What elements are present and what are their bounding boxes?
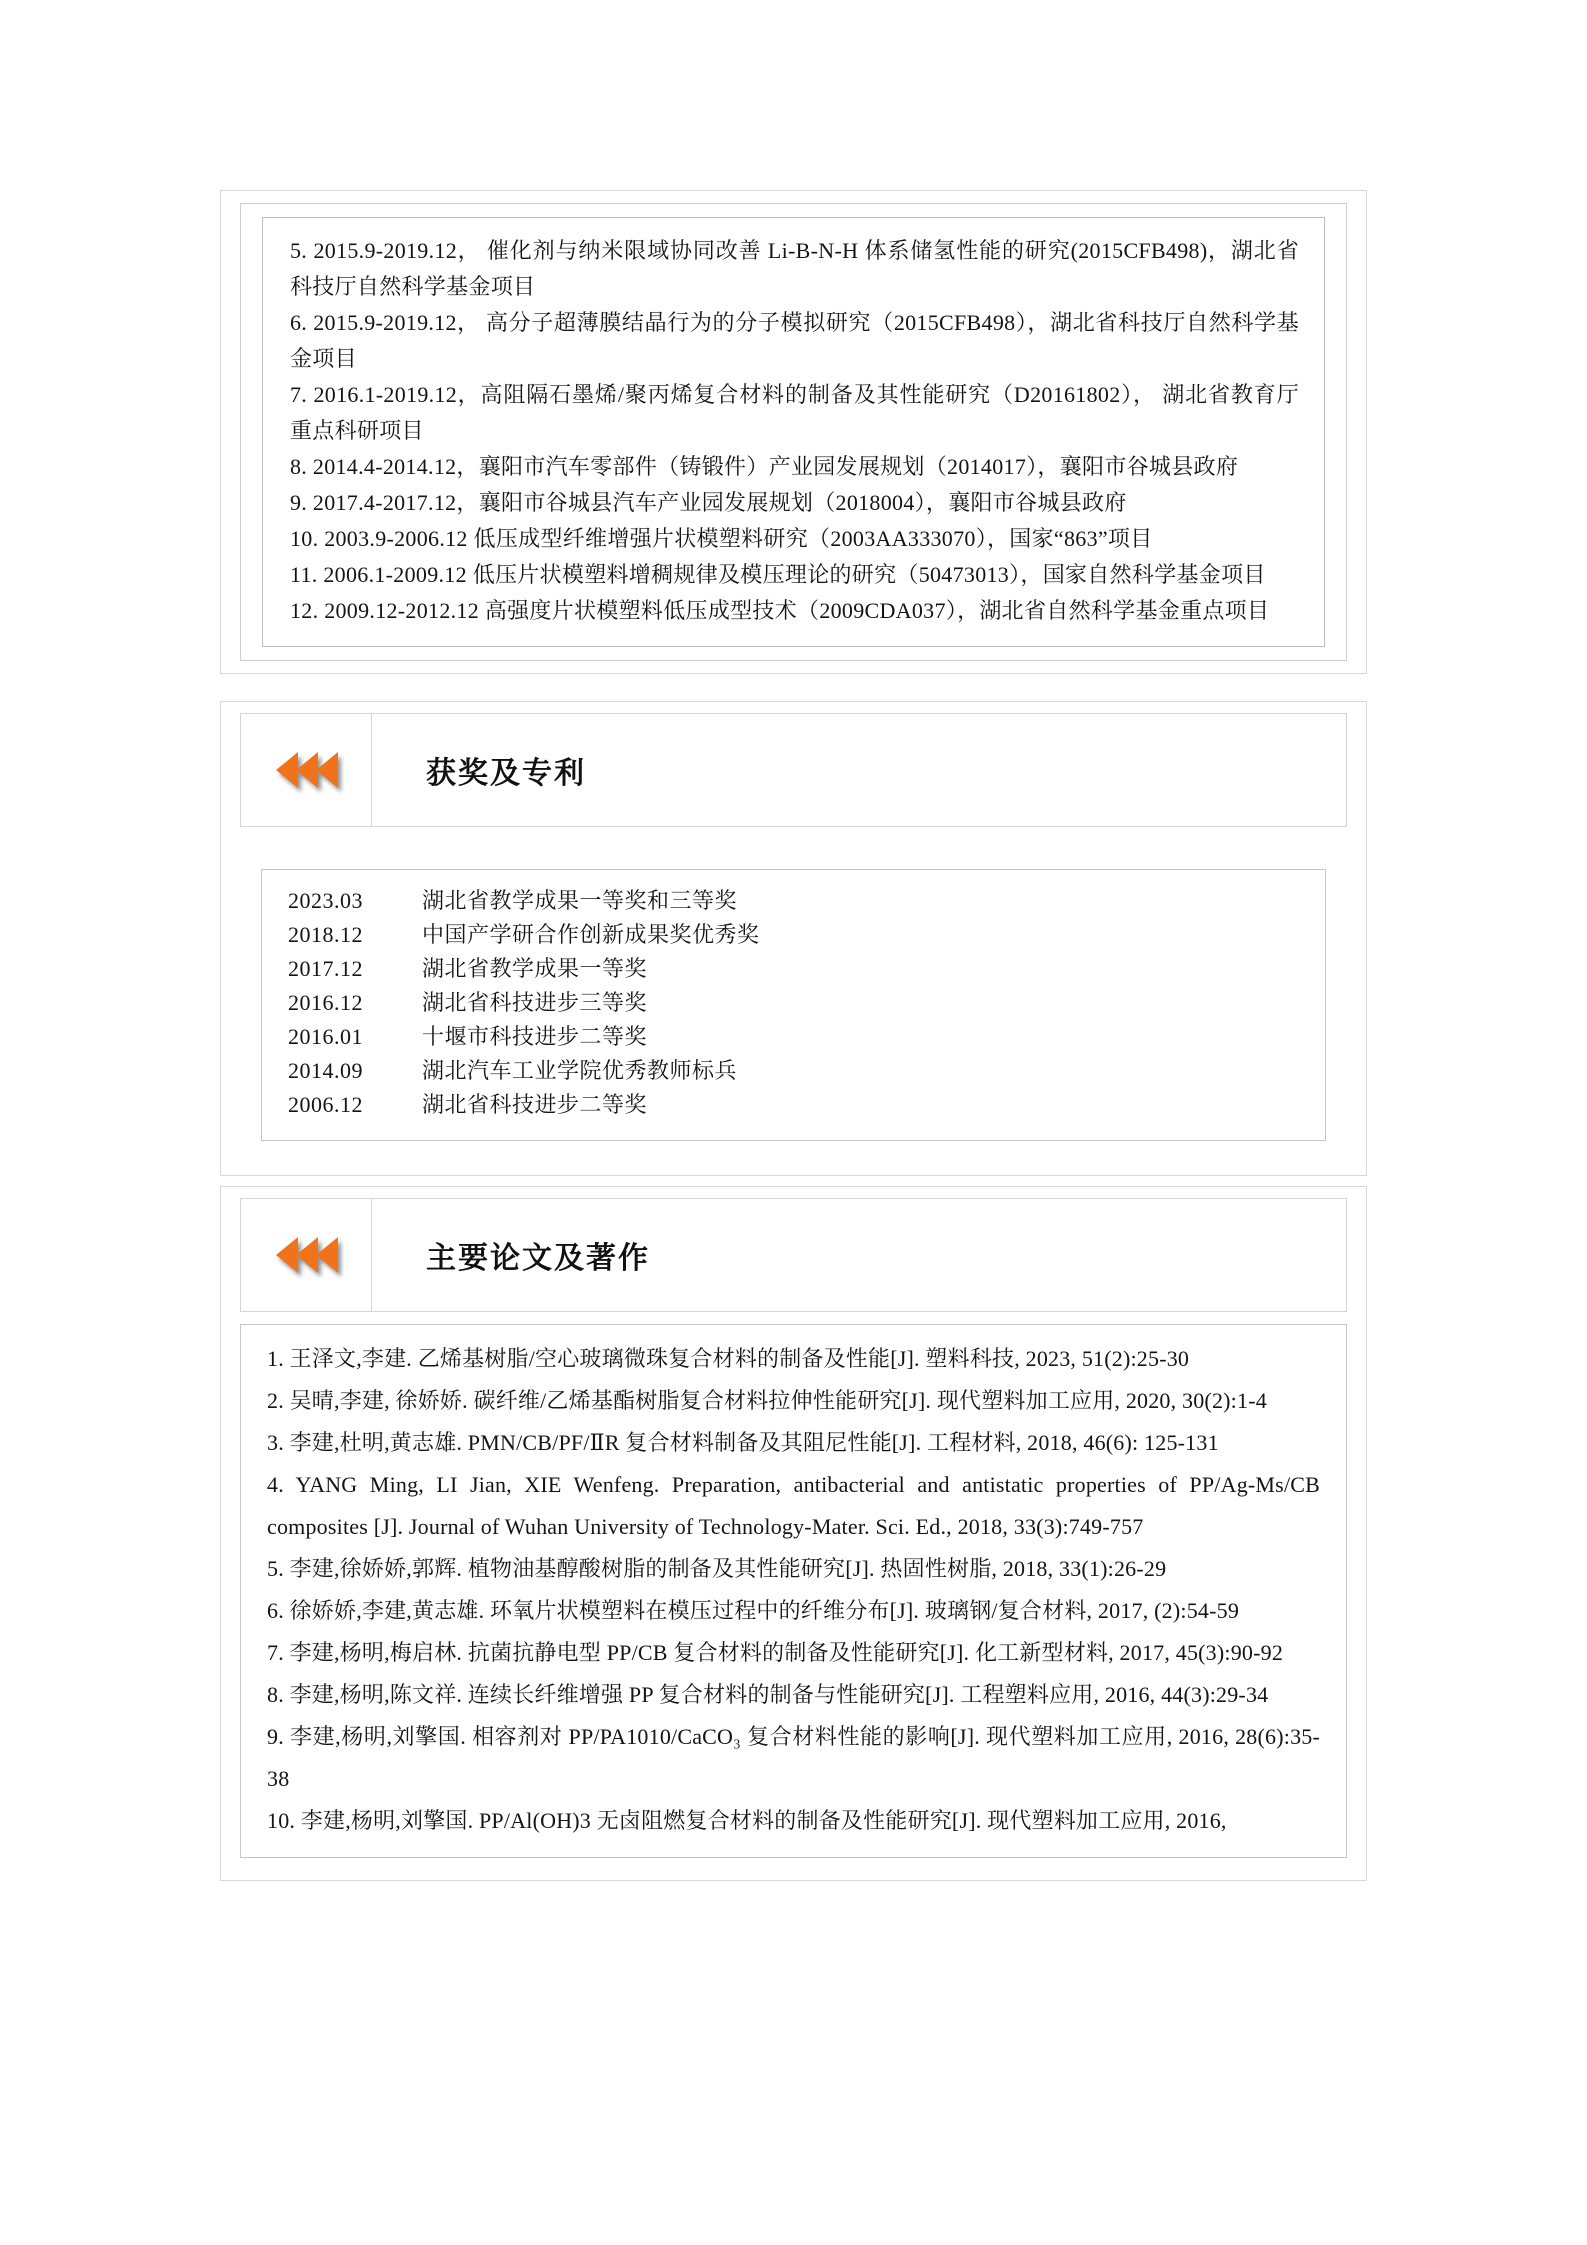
projects-frame: 5. 2015.9-2019.12， 催化剂与纳米限域协同改善 Li-B-N-H… [240, 203, 1347, 661]
content-column: 5. 2015.9-2019.12， 催化剂与纳米限域协同改善 Li-B-N-H… [220, 190, 1367, 1881]
award-name: 湖北省科技进步三等奖 [394, 986, 1315, 1020]
triple-left-arrows-icon [272, 750, 340, 790]
project-item: 6. 2015.9-2019.12， 高分子超薄膜结晶行为的分子模拟研究（201… [290, 305, 1299, 377]
awards-title-cell: 获奖及专利 [372, 714, 1346, 826]
publications-list: 1. 王泽文,李建. 乙烯基树脂/空心玻璃微珠复合材料的制备及性能[J]. 塑料… [240, 1324, 1347, 1858]
projects-continued-section: 5. 2015.9-2019.12， 催化剂与纳米限域协同改善 Li-B-N-H… [220, 190, 1367, 674]
triple-left-arrows-icon [272, 1235, 340, 1275]
publication-item: 5. 李建,徐娇娇,郭辉. 植物油基醇酸树脂的制备及其性能研究[J]. 热固性树… [267, 1548, 1320, 1590]
publication-item: 10. 李建,杨明,刘擎国. PP/Al(OH)3 无卤阻燃复合材料的制备及性能… [267, 1800, 1320, 1842]
award-date: 2014.09 [288, 1054, 394, 1088]
publication-item: 9. 李建,杨明,刘擎国. 相容剂对 PP/PA1010/CaCO₃ 复合材料性… [267, 1716, 1320, 1800]
award-row: 2018.12 中国产学研合作创新成果奖优秀奖 [288, 918, 1315, 952]
award-date: 2006.12 [288, 1088, 394, 1122]
project-item: 8. 2014.4-2014.12，襄阳市汽车零部件（铸锻件）产业园发展规划（2… [290, 449, 1299, 485]
award-date: 2017.12 [288, 952, 394, 986]
projects-list: 5. 2015.9-2019.12， 催化剂与纳米限域协同改善 Li-B-N-H… [262, 217, 1325, 647]
project-item: 7. 2016.1-2019.12，高阻隔石墨烯/聚丙烯复合材料的制备及其性能研… [290, 377, 1299, 449]
awards-section: 获奖及专利 2023.03 湖北省教学成果一等奖和三等奖 2018.12 中国产… [220, 701, 1367, 1176]
award-date: 2023.03 [288, 884, 394, 918]
publication-item: 2. 吴晴,李建, 徐娇娇. 碳纤维/乙烯基酯树脂复合材料拉伸性能研究[J]. … [267, 1380, 1320, 1422]
award-name: 湖北汽车工业学院优秀教师标兵 [394, 1054, 1315, 1088]
publications-section-header: 主要论文及著作 [240, 1198, 1347, 1312]
publications-section: 主要论文及著作 1. 王泽文,李建. 乙烯基树脂/空心玻璃微珠复合材料的制备及性… [220, 1186, 1367, 1881]
awards-list: 2023.03 湖北省教学成果一等奖和三等奖 2018.12 中国产学研合作创新… [261, 869, 1326, 1141]
awards-section-header: 获奖及专利 [240, 713, 1347, 827]
publication-item: 3. 李建,杜明,黄志雄. PMN/CB/PF/ⅡR 复合材料制备及其阻尼性能[… [267, 1422, 1320, 1464]
project-item: 11. 2006.1-2009.12 低压片状模塑料增稠规律及模压理论的研究（5… [290, 557, 1299, 593]
publication-item: 6. 徐娇娇,李建,黄志雄. 环氧片状模塑料在模压过程中的纤维分布[J]. 玻璃… [267, 1590, 1320, 1632]
publication-item: 1. 王泽文,李建. 乙烯基树脂/空心玻璃微珠复合材料的制备及性能[J]. 塑料… [267, 1338, 1320, 1380]
award-row: 2016.01 十堰市科技进步二等奖 [288, 1020, 1315, 1054]
publications-title-cell: 主要论文及著作 [372, 1199, 1346, 1311]
award-row: 2017.12 湖北省教学成果一等奖 [288, 952, 1315, 986]
publication-item: 8. 李建,杨明,陈文祥. 连续长纤维增强 PP 复合材料的制备与性能研究[J]… [267, 1674, 1320, 1716]
award-name: 湖北省教学成果一等奖 [394, 952, 1315, 986]
award-date: 2016.01 [288, 1020, 394, 1054]
award-row: 2016.12 湖北省科技进步三等奖 [288, 986, 1315, 1020]
award-row: 2023.03 湖北省教学成果一等奖和三等奖 [288, 884, 1315, 918]
project-item: 9. 2017.4-2017.12，襄阳市谷城县汽车产业园发展规划（201800… [290, 485, 1299, 521]
publications-section-title: 主要论文及著作 [426, 1233, 650, 1277]
award-date: 2016.12 [288, 986, 394, 1020]
project-item: 12. 2009.12-2012.12 高强度片状模塑料低压成型技术（2009C… [290, 593, 1299, 629]
award-name: 湖北省科技进步二等奖 [394, 1088, 1315, 1122]
faculty-profile-page: { "colors": { "accent_orange": "#f0731c"… [0, 0, 1587, 2245]
publication-item: 7. 李建,杨明,梅启林. 抗菌抗静电型 PP/CB 复合材料的制备及性能研究[… [267, 1632, 1320, 1674]
awards-icon-cell [241, 714, 372, 826]
award-name: 十堰市科技进步二等奖 [394, 1020, 1315, 1054]
publications-icon-cell [241, 1199, 372, 1311]
award-date: 2018.12 [288, 918, 394, 952]
project-item: 5. 2015.9-2019.12， 催化剂与纳米限域协同改善 Li-B-N-H… [290, 233, 1299, 305]
award-row: 2014.09 湖北汽车工业学院优秀教师标兵 [288, 1054, 1315, 1088]
award-name: 湖北省教学成果一等奖和三等奖 [394, 884, 1315, 918]
award-row: 2006.12 湖北省科技进步二等奖 [288, 1088, 1315, 1122]
award-name: 中国产学研合作创新成果奖优秀奖 [394, 918, 1315, 952]
publication-item: 4. YANG Ming, LI Jian, XIE Wenfeng. Prep… [267, 1464, 1320, 1548]
project-item: 10. 2003.9-2006.12 低压成型纤维增强片状模塑料研究（2003A… [290, 521, 1299, 557]
awards-section-title: 获奖及专利 [426, 748, 586, 792]
